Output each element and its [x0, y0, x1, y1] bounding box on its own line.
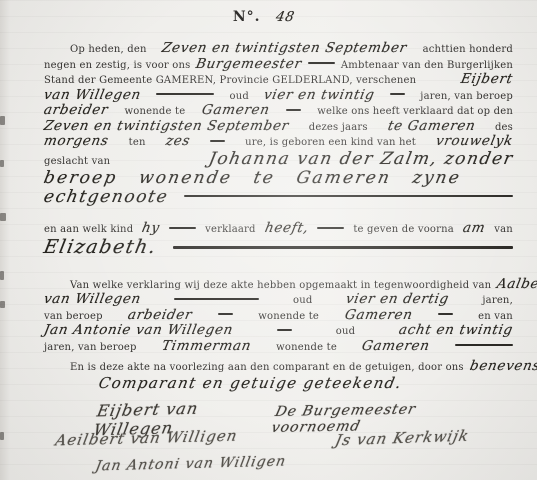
closing-paragraph: En is deze akte na voorlezing aan den co…	[44, 358, 513, 394]
flourish-rule	[184, 195, 513, 198]
printed-text: Stand der Gemeente GAMEREN, Provincie GE…	[44, 75, 416, 86]
printed-text: jaren,	[482, 295, 513, 306]
printed-text: en aan welk kind	[44, 224, 133, 235]
flourish-dash	[210, 140, 225, 142]
doc-line: En is deze akte na voorlezing aan den co…	[44, 358, 513, 374]
doc-line: Elizabeth.	[44, 236, 513, 260]
handwritten-text: benevens	[468, 358, 537, 374]
handwritten-text: Zeven en twintigsten September	[161, 40, 409, 56]
printed-text: oud	[336, 326, 355, 337]
printed-text: van	[494, 224, 513, 235]
handwritten-text: arbeider	[42, 102, 109, 118]
opening-paragraph: Op heden, den Zeven en twintigsten Septe…	[44, 40, 513, 206]
printed-text: Van welke verklaring wij deze akte hebbe…	[70, 280, 491, 291]
doc-line: Jan Antonie van Willegen oud acht en twi…	[44, 322, 513, 338]
doc-line: morgens ten zes ure, is geboren een kind…	[44, 133, 513, 149]
printed-text: van beroep	[44, 311, 103, 322]
handwritten-text: Zeven en twintigsten September	[42, 118, 290, 134]
handwritten-text: Johanna van der Zalm, zonder	[207, 149, 515, 169]
printed-text: Ambtenaar van den Burgerlijken	[341, 60, 513, 71]
doc-line: echtgenoote	[44, 187, 513, 206]
flourish-dash	[156, 93, 214, 95]
handwritten-text: zes	[164, 133, 191, 149]
printed-text: wonende te	[258, 311, 319, 322]
handwritten-text: te Gameren	[386, 118, 477, 134]
doc-line: van beroep arbeider wonende te Gameren e…	[44, 307, 513, 323]
signature-witness-1: Aeilbert van Willigen	[54, 427, 239, 450]
handwritten-text: hy	[141, 220, 162, 236]
printed-text: wonende te	[276, 342, 337, 353]
printed-text: jaren, van beroep	[420, 91, 513, 102]
scan-edge-mark	[0, 116, 5, 125]
printed-text: negen en zestig, is voor ons	[44, 60, 190, 71]
printed-text: verklaard	[205, 224, 256, 235]
doc-line: beroep wonende te Gameren zyne	[44, 168, 513, 187]
doc-line: Stand der Gemeente GAMEREN, Provincie GE…	[44, 71, 513, 87]
witnesses-paragraph: Van welke verklaring wij deze akte hebbe…	[44, 276, 513, 354]
doc-line: Zeven en twintigsten September dezes jaa…	[44, 118, 513, 134]
handwritten-text: heeft,	[263, 220, 310, 236]
printed-text: dezes jaars	[309, 122, 368, 133]
child-name: Elizabeth.	[42, 236, 159, 258]
flourish-dash	[455, 344, 513, 346]
signature-row: Jan Antoni van Willigen	[44, 456, 513, 480]
handwritten-text: vier en dertig	[344, 291, 450, 307]
scan-edge-mark	[0, 271, 4, 280]
handwritten-text: Jan Antonie van Willegen	[42, 322, 234, 338]
handwritten-text: van Willegen	[42, 291, 142, 307]
printed-text: Op heden, den	[70, 44, 147, 55]
handwritten-text: Gameren	[200, 102, 271, 118]
doc-line: geslacht van Johanna van der Zalm, zonde…	[44, 149, 513, 168]
handwritten-text: beroep wonende te Gameren zyne	[42, 168, 463, 188]
signature-row: Eijbert van Willegen De Burgemeester voo…	[44, 397, 513, 429]
doc-line: van Willegen oud vier en twintig jaren, …	[44, 87, 513, 103]
doc-line: Comparant en getuige geteekend.	[44, 374, 513, 394]
scan-edge-mark	[0, 213, 6, 221]
flourish-dash	[317, 227, 344, 229]
printed-text: ure, is geboren een kind van het	[245, 137, 416, 148]
scan-edge-mark	[0, 301, 5, 308]
doc-line: Van welke verklaring wij deze akte hebbe…	[44, 276, 513, 292]
printed-text: wonende te	[125, 106, 186, 117]
flourish-dash	[308, 62, 335, 64]
handwritten-text: echtgenoote	[42, 187, 170, 207]
scan-edge-mark	[0, 160, 4, 167]
doc-line: Op heden, den Zeven en twintigsten Septe…	[44, 40, 513, 56]
handwritten-text: Eijbert	[460, 71, 515, 87]
doc-line: en aan welk kind hy verklaard heeft, te …	[44, 220, 513, 236]
printed-text: des	[495, 122, 513, 133]
printed-text: achttien honderd	[423, 44, 513, 55]
handwritten-text: Gameren	[361, 338, 432, 354]
handwritten-text: morgens	[42, 133, 110, 149]
printed-text: oud	[230, 91, 249, 102]
doc-line: jaren, van beroep Timmerman wonende te G…	[44, 338, 513, 354]
printed-text: en van	[478, 311, 513, 322]
flourish-dash	[174, 298, 259, 300]
handwritten-text: acht en twintig	[398, 322, 515, 338]
handwritten-text: vier en twintig	[263, 87, 377, 103]
handwritten-text: Gameren	[343, 307, 414, 323]
printed-text: jaren, van beroep	[44, 342, 137, 353]
printed-text: te geven de voorna	[353, 224, 454, 235]
printed-text: En is deze akte na voorlezing aan den co…	[70, 362, 464, 373]
naming-paragraph: en aan welk kind hy verklaard heeft, te …	[44, 220, 513, 260]
handwritten-text: van Willegen	[42, 87, 142, 103]
handwritten-text: am	[461, 220, 486, 236]
flourish-dash	[277, 329, 292, 331]
doc-line: arbeider wonende te Gameren welke ons he…	[44, 102, 513, 118]
flourish-dash	[169, 227, 196, 229]
doc-line: negen en zestig, is voor ons Burgemeeste…	[44, 56, 513, 72]
act-number-value: 48	[273, 4, 297, 30]
printed-text: welke ons heeft verklaard dat op den	[317, 106, 513, 117]
printed-text: ten	[129, 137, 146, 148]
signature-block: Eijbert van Willegen De Burgemeester voo…	[44, 397, 513, 480]
handwritten-text: Burgemeester	[195, 56, 304, 72]
document-scan: N°. 48 Op heden, den Zeven en twintigste…	[0, 0, 537, 480]
flourish-dash	[218, 313, 233, 315]
handwritten-text: arbeider	[127, 307, 194, 323]
flourish-dash	[438, 313, 453, 315]
doc-line: van Willegen oud vier en dertig jaren,	[44, 291, 513, 307]
flourish-dash	[390, 93, 405, 95]
handwritten-text: Timmerman	[160, 338, 252, 354]
flourish-dash	[286, 109, 301, 111]
flourish-rule	[173, 246, 513, 249]
signature-witness-2: Jan Antoni van Willigen	[94, 454, 288, 475]
act-number-label: N°.	[233, 9, 261, 25]
signature-mayor: Js van Kerkwijk	[334, 427, 472, 450]
scan-edge-mark	[0, 432, 4, 440]
printed-text: geslacht van	[44, 156, 110, 167]
handwritten-text: Aalbert	[496, 276, 537, 292]
handwritten-text: Comparant en getuige geteekend.	[97, 374, 404, 392]
handwritten-text: vrouwelyk	[435, 133, 515, 149]
act-number: N°. 48	[44, 4, 513, 34]
printed-text: oud	[293, 295, 312, 306]
